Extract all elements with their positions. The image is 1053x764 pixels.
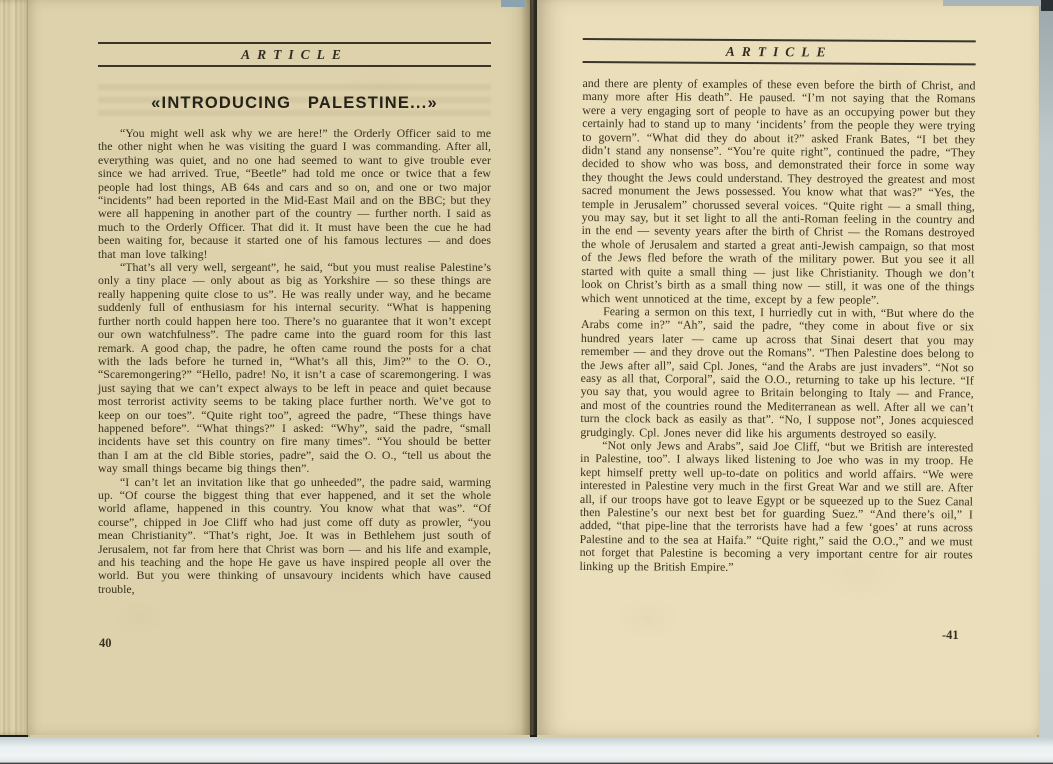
page-number: -41	[942, 628, 959, 643]
scanner-corner-mark	[1041, 0, 1053, 11]
paragraph: “I can’t let an invitation like that go …	[98, 476, 491, 597]
paragraph: “You might well ask why we are here!” th…	[98, 127, 491, 261]
scanner-bed-top	[943, 0, 1053, 6]
left-page-content: ARTICLE «INTRODUCING PALESTINE...» “You …	[98, 0, 491, 596]
scanner-bed-bottom	[0, 737, 1053, 764]
running-head: ARTICLE	[98, 42, 491, 67]
page-edge-stack	[0, 0, 30, 735]
header-rule-bottom	[98, 65, 491, 67]
right-page-content: ARTICLE and there are plenty of examples…	[579, 0, 975, 575]
paragraph: and there are plenty of examples of thes…	[581, 77, 975, 307]
body-text: “You might well ask why we are here!” th…	[98, 127, 491, 596]
paragraph: “That’s all very well, sergeant”, he sai…	[98, 261, 491, 476]
scanner-bed-right	[1039, 0, 1053, 737]
book-scan: ARTICLE «INTRODUCING PALESTINE...» “You …	[0, 0, 1053, 764]
left-page: ARTICLE «INTRODUCING PALESTINE...» “You …	[28, 0, 530, 737]
page-number: 40	[99, 636, 112, 651]
article-title: «INTRODUCING PALESTINE...»	[98, 94, 491, 113]
running-head-label: ARTICLE	[583, 40, 976, 63]
right-page: ARTICLE and there are plenty of examples…	[537, 0, 1040, 737]
running-head: ARTICLE	[583, 38, 976, 65]
body-text: and there are plenty of examples of thes…	[579, 77, 975, 575]
gutter-top-notch	[501, 0, 525, 7]
paragraph: Fearing a sermon on this text, I hurried…	[580, 305, 974, 441]
running-head-label: ARTICLE	[98, 44, 491, 65]
gutter-fold-line	[530, 6, 532, 735]
paragraph: “Not only Jews and Arabs”, said Joe Clif…	[579, 439, 973, 575]
